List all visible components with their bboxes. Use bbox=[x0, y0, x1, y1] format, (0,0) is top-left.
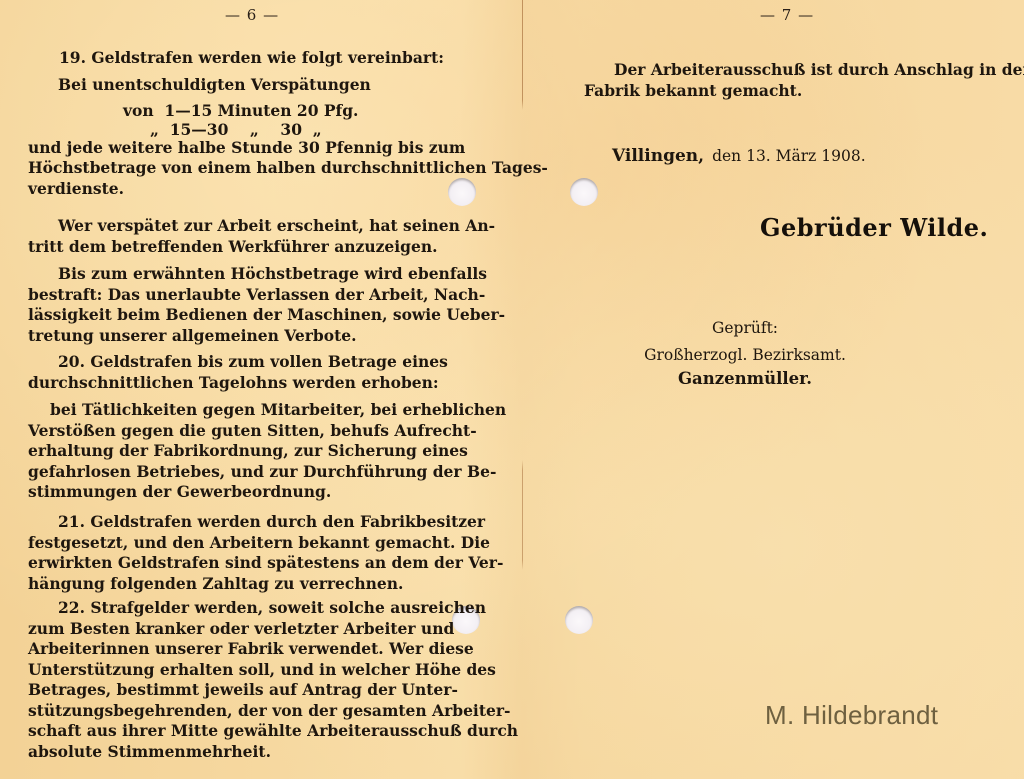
text-line: Betrages, bestimmt jeweils auf Antrag de… bbox=[28, 680, 458, 701]
place: Villingen, bbox=[612, 146, 704, 167]
rate-line: „ 15—30 „ 30 „ bbox=[150, 122, 322, 138]
text-line: hängung folgenden Zahltag zu verrechnen. bbox=[28, 574, 403, 595]
text-line: Arbeiterinnen unserer Fabrik verwendet. … bbox=[28, 639, 474, 660]
subheading: Bei unentschuldigten Verspätungen bbox=[58, 75, 371, 96]
section-heading: 20. Geldstrafen bis zum vollen Betrage e… bbox=[58, 352, 448, 373]
place-date: Villingen, den 13. März 1908. bbox=[612, 146, 866, 167]
section-heading: 22. Strafgelder werden, soweit solche au… bbox=[58, 598, 486, 619]
section-21: 21. Geldstrafen werden durch den Fabrikb… bbox=[28, 512, 456, 594]
text-line: lässigkeit beim Bedienen der Maschinen, … bbox=[28, 305, 505, 326]
text-line: Bis zum erwähnten Höchstbetrage wird ebe… bbox=[58, 264, 487, 285]
text-line: Verstößen gegen die guten Sitten, behufs… bbox=[28, 421, 477, 442]
text-line: bei Tätlichkeiten gegen Mitarbeiter, bei… bbox=[50, 400, 506, 421]
rate-line: von 1—15 Minuten 20 Pfg. bbox=[123, 101, 358, 122]
text-line: Höchstbetrage von einem halben durchschn… bbox=[28, 158, 548, 179]
paragraph-late-arrival: Wer verspätet zur Arbeit erscheint, hat … bbox=[28, 216, 456, 257]
approval-block: Geprüft: Großherzogl. Bezirksamt. Ganzen… bbox=[630, 318, 860, 390]
text-line: stimmungen der Gewerbeordnung. bbox=[28, 482, 331, 503]
text-line: absolute Stimmenmehrheit. bbox=[28, 742, 271, 763]
text-line: festgesetzt, und den Arbeitern bekannt g… bbox=[28, 533, 490, 554]
section-19: 19. Geldstrafen werden wie folgt vereinb… bbox=[58, 48, 456, 199]
watermark-credit: M. Hildebrandt bbox=[765, 700, 938, 731]
text-line: und jede weitere halbe Stunde 30 Pfennig… bbox=[28, 138, 465, 159]
section-heading: 21. Geldstrafen werden durch den Fabrikb… bbox=[58, 512, 485, 533]
text-line: verdienste. bbox=[28, 179, 124, 200]
text-line: durchschnittlichen Tagelohns werden erho… bbox=[28, 373, 439, 394]
page-number: — 6 — bbox=[225, 6, 279, 24]
text-line: Wer verspätet zur Arbeit erscheint, hat … bbox=[58, 216, 495, 237]
punch-hole bbox=[570, 178, 598, 206]
paragraph-max-penalty: Bis zum erwähnten Höchstbetrage wird ebe… bbox=[28, 264, 456, 346]
text-line: erwirkten Geldstrafen sind spätestens an… bbox=[28, 553, 503, 574]
section-20: 20. Geldstrafen bis zum vollen Betrage e… bbox=[28, 352, 456, 503]
approval-label: Geprüft: bbox=[712, 318, 778, 339]
section-heading: 19. Geldstrafen werden wie folgt vereinb… bbox=[59, 48, 444, 69]
firm-signature: Gebrüder Wilde. bbox=[760, 213, 988, 242]
text-line: tretung unserer allgemeinen Verbote. bbox=[28, 326, 357, 347]
text-line: schaft aus ihrer Mitte gewählte Arbeiter… bbox=[28, 721, 518, 742]
page-fold bbox=[522, 0, 523, 779]
text-line: stützungsbegehrenden, der von der gesamt… bbox=[28, 701, 510, 722]
punch-hole bbox=[565, 606, 593, 634]
text-line: erhaltung der Fabrikordnung, zur Sicheru… bbox=[28, 441, 468, 462]
closing-paragraph: Der Arbeiterausschuß ist durch Anschlag … bbox=[584, 60, 1014, 101]
approval-authority: Großherzogl. Bezirksamt. bbox=[644, 345, 846, 366]
text-line: Fabrik bekannt gemacht. bbox=[584, 81, 802, 102]
text-line: Der Arbeiterausschuß ist durch Anschlag … bbox=[614, 60, 1024, 81]
approval-official: Ganzenmüller. bbox=[678, 369, 812, 390]
section-22: 22. Strafgelder werden, soweit solche au… bbox=[28, 598, 456, 762]
text-line: zum Besten kranker oder verletzter Arbei… bbox=[28, 619, 454, 640]
date: den 13. März 1908. bbox=[712, 146, 866, 167]
text-line: gefahrlosen Betriebes, und zur Durchführ… bbox=[28, 462, 496, 483]
text-line: Unterstützung erhalten soll, und in welc… bbox=[28, 660, 496, 681]
page-number: — 7 — bbox=[760, 6, 814, 24]
text-line: bestraft: Das unerlaubte Verlassen der A… bbox=[28, 285, 485, 306]
text-line: tritt dem betreffenden Werkführer anzuze… bbox=[28, 237, 438, 258]
